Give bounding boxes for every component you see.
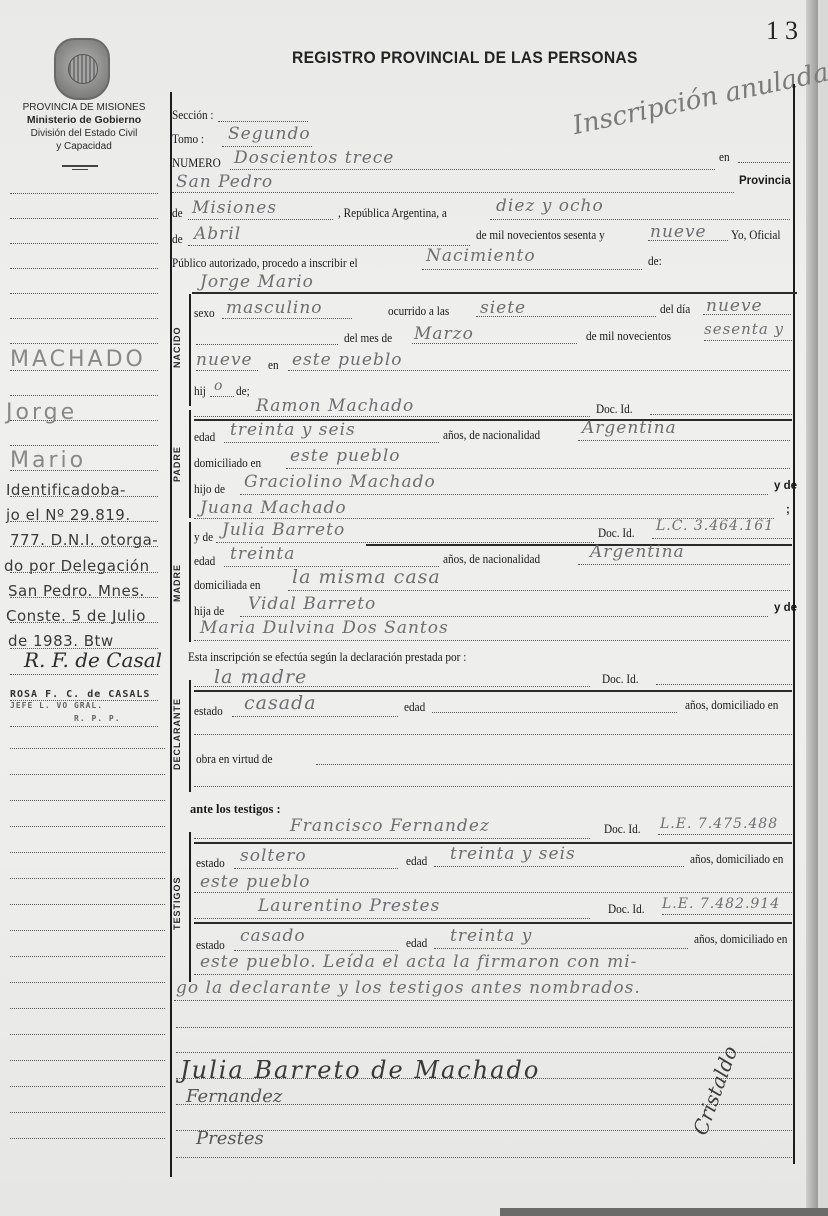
field-testigo2-estado[interactable]: casado: [240, 926, 306, 946]
field-line: [738, 162, 790, 163]
field-abuela-materna[interactable]: Maria Dulvina Dos Santos: [200, 618, 449, 638]
field-dia-inscripcion[interactable]: diez y ocho: [496, 196, 604, 216]
field-line: [196, 370, 258, 371]
signature-line: [176, 1027, 792, 1028]
signature-line: [176, 1052, 792, 1053]
margin-line: [10, 878, 165, 879]
side-label-nacido: NACIDO: [172, 327, 182, 369]
margin-stamp-office: R. P. P.: [74, 714, 121, 723]
label-anos-domiciliado: años, domiciliado en: [690, 852, 783, 867]
label-seccion: Sección :: [172, 108, 214, 123]
margin-line: [10, 293, 158, 294]
label-del-dia: del día: [660, 302, 690, 317]
margin-line: [10, 852, 165, 853]
page-edge-shadow: [806, 0, 818, 1216]
margin-line: [10, 318, 158, 319]
field-anio-1[interactable]: sesenta y: [704, 320, 784, 338]
margin-line: [10, 1060, 165, 1061]
field-tipo-acto[interactable]: Nacimiento: [426, 246, 536, 266]
field-line: [662, 914, 792, 915]
margin-line: [10, 445, 158, 446]
label-doc-id: Doc. Id.: [596, 402, 633, 417]
field-line: [288, 590, 790, 591]
signature-testigo-2: Prestes: [196, 1128, 264, 1149]
declarante-bracket: [189, 680, 191, 792]
nacido-bracket: [189, 294, 191, 406]
label-en: en: [719, 150, 730, 165]
label-de-colon: de:: [648, 254, 662, 269]
label-y-de: y de: [774, 602, 797, 614]
label-ocurrido: ocurrido a las: [388, 304, 449, 319]
field-line: [218, 121, 308, 122]
margin-stamp-title: JEFE L. VO GRAL.: [10, 701, 103, 710]
document-title: REGISTRO PROVINCIAL DE LAS PERSONAS: [292, 48, 638, 68]
label-ante-testigos: ante los testigos :: [190, 802, 281, 817]
main-left-border: [170, 92, 172, 1177]
field-line: [216, 542, 594, 543]
side-label-padre: PADRE: [172, 446, 182, 482]
coat-of-arms-seal-icon: [54, 38, 110, 100]
signature-testigo: Fernandez: [186, 1086, 282, 1107]
label-numero: NUMERO: [172, 156, 221, 171]
field-testigo1-nombre[interactable]: Francisco Fernandez: [290, 816, 490, 836]
document-page: 13 REGISTRO PROVINCIAL DE LAS PERSONAS P…: [0, 0, 818, 1216]
margin-line: [10, 1138, 165, 1139]
field-line: [222, 318, 352, 319]
field-localidad[interactable]: San Pedro: [176, 172, 273, 192]
label-yo-oficial: Yo, Oficial: [731, 228, 780, 243]
field-padre-domicilio[interactable]: este pueblo: [290, 446, 401, 466]
label-sexo: sexo: [194, 306, 215, 321]
field-line: [194, 416, 590, 417]
divider: [62, 165, 98, 167]
field-tomo[interactable]: Segundo: [228, 124, 311, 144]
label-doc-id: Doc. Id.: [602, 672, 639, 687]
label-obra-virtud: obra en virtud de: [196, 752, 273, 767]
margin-line: [10, 1008, 165, 1009]
field-line: [650, 414, 792, 415]
signature-line: [176, 1157, 792, 1158]
margin-line: [10, 193, 158, 194]
field-line: [658, 834, 792, 835]
main-right-border: [793, 84, 795, 1164]
label-edad: edad: [404, 700, 425, 715]
margin-note-line: Identificadoba-: [6, 481, 126, 499]
field-declarante-estado[interactable]: casada: [244, 692, 317, 714]
field-padre-nacionalidad[interactable]: Argentina: [582, 418, 677, 438]
field-sexo[interactable]: masculino: [226, 298, 323, 318]
margin-line: [10, 218, 158, 219]
field-line: [194, 838, 590, 839]
field-testigo2-nombre[interactable]: Laurentino Prestes: [258, 896, 440, 916]
margin-stamp-name: ROSA F. C. de CASALS: [10, 689, 150, 700]
padre-bracket: [189, 410, 191, 518]
label-anos-nacionalidad: años, de nacionalidad: [443, 552, 540, 567]
page-number: 13: [766, 16, 804, 46]
org-division-2: y Capacidad: [4, 140, 164, 153]
margin-line: [10, 956, 165, 957]
margin-second-name: Mario: [10, 448, 86, 473]
field-abuelo-materno[interactable]: Vidal Barreto: [248, 594, 376, 614]
field-madre-nombre[interactable]: Julia Barreto: [222, 520, 345, 540]
label-y-de: y de: [774, 480, 797, 492]
side-label-madre: MADRE: [172, 564, 182, 602]
field-hij-suffix[interactable]: o: [214, 378, 223, 394]
field-line: [224, 442, 439, 443]
label-hij: hij: [194, 384, 206, 399]
section-rule: [194, 922, 792, 924]
field-madre-doc[interactable]: L.C. 3.464.161: [656, 518, 774, 534]
field-line: [490, 219, 790, 220]
field-mes-nacimiento[interactable]: Marzo: [414, 324, 474, 344]
field-line: [194, 974, 792, 975]
field-anio-inscripcion[interactable]: nueve: [650, 222, 707, 242]
field-madre-edad[interactable]: treinta: [230, 544, 295, 564]
org-ministry: Ministerio de Gobierno: [4, 114, 164, 127]
label-de-mil-novecientos: de mil novecientos: [586, 329, 671, 344]
field-line: [194, 786, 792, 787]
label-publico: Público autorizado, procedo a inscribir …: [172, 256, 358, 271]
margin-line: [10, 800, 165, 801]
field-line: [656, 684, 792, 685]
margin-line: [10, 1034, 165, 1035]
signature-declarante: Julia Barreto de Machado: [180, 1056, 540, 1084]
field-line: [288, 370, 790, 371]
label-edad: edad: [194, 554, 215, 569]
margin-line: [10, 243, 158, 244]
issuing-organization: PROVINCIA DE MISIONES Ministerio de Gobi…: [4, 101, 164, 153]
label-edad: edad: [406, 936, 427, 951]
label-estado: estado: [196, 938, 225, 953]
field-line: [434, 866, 684, 867]
field-line: [232, 716, 398, 717]
label-domiciliada: domiciliada en: [194, 578, 261, 593]
field-provincia[interactable]: Misiones: [192, 198, 277, 218]
margin-line: [10, 395, 158, 396]
field-padre-edad[interactable]: treinta y seis: [230, 420, 356, 440]
field-line: [234, 950, 398, 951]
margin-signature: R. F. de Casal: [24, 648, 162, 672]
label-de-semicolon: de;: [236, 384, 250, 399]
label-de-mil-sesenta: de mil novecientos sesenta y: [476, 228, 605, 243]
label-de: de: [172, 206, 183, 221]
field-line: [432, 712, 677, 713]
margin-line: [10, 748, 165, 749]
field-line: [188, 219, 333, 220]
field-testigo2-domicilio-cont[interactable]: go la declarante y los testigos antes no…: [176, 978, 641, 998]
field-line: [196, 344, 338, 345]
field-line: [704, 340, 792, 341]
field-line: [316, 764, 792, 765]
margin-line: [10, 904, 165, 905]
label-estado: estado: [194, 704, 223, 719]
margin-line: [10, 826, 165, 827]
margin-first-name: Jorge: [6, 400, 77, 425]
field-line: [194, 640, 790, 641]
org-division: División del Estado Civil: [4, 127, 164, 140]
margin-line: [10, 1086, 165, 1087]
field-line: [286, 468, 790, 469]
field-line: [230, 169, 715, 170]
margin-line: [10, 774, 165, 775]
label-declaracion: Esta inscripción se efectúa según la dec…: [188, 650, 466, 665]
field-line: [240, 616, 768, 617]
margin-note-line: 777. D.N.I. otorga-: [10, 531, 158, 549]
field-line: [194, 734, 792, 735]
label-en: en: [268, 358, 279, 373]
side-label-declarante: DECLARANTE: [172, 698, 182, 770]
field-line: [194, 686, 590, 687]
margin-line: [10, 268, 158, 269]
label-y-de: y de: [194, 530, 213, 545]
org-province: PROVINCIA DE MISIONES: [4, 101, 164, 114]
label-anos-domiciliado: años, domiciliado en: [685, 698, 778, 713]
margin-note-line: San Pedro. Mnes.: [8, 582, 145, 600]
margin-note-line: jo el Nº 29.819.: [6, 506, 131, 524]
field-line: [194, 918, 590, 919]
label-republica: , República Argentina, a: [338, 206, 447, 221]
field-testigo2-edad[interactable]: treinta y: [450, 926, 532, 946]
field-line: [422, 269, 642, 270]
label-tomo: Tomo :: [172, 132, 204, 147]
field-line: [194, 892, 792, 893]
field-abuelo-paterno[interactable]: Graciolino Machado: [244, 472, 436, 492]
field-line: [652, 538, 792, 539]
field-line: [172, 192, 734, 193]
field-line: [578, 564, 790, 565]
label-semicolon: ;: [786, 504, 790, 516]
field-testigo1-estado[interactable]: soltero: [240, 846, 307, 866]
field-line: [234, 868, 398, 869]
section-rule: [192, 292, 797, 294]
label-anos-domiciliado: años, domiciliado en: [694, 932, 787, 947]
field-numero[interactable]: Doscientos trece: [234, 148, 394, 168]
field-line: [434, 948, 688, 949]
field-abuela-paterna[interactable]: Juana Machado: [200, 498, 347, 518]
field-mes-inscripcion[interactable]: Abril: [194, 224, 241, 244]
margin-surname: MACHADO: [10, 347, 146, 372]
field-line: [222, 146, 312, 147]
field-testigo1-edad[interactable]: treinta y seis: [450, 844, 576, 864]
label-edad: edad: [194, 430, 215, 445]
label-doc-id: Doc. Id.: [598, 526, 635, 541]
side-label-testigos: TESTIGOS: [172, 876, 182, 930]
margin-line: [10, 343, 158, 344]
margin-note-line: Conste. 5 de Julio: [6, 607, 146, 625]
label-hijo-de: hijo de: [194, 482, 225, 497]
divider: [72, 169, 88, 170]
label-doc-id: Doc. Id.: [608, 902, 645, 917]
label-estado: estado: [196, 856, 225, 871]
field-padre-nombre[interactable]: Ramon Machado: [256, 396, 414, 416]
field-madre-nacionalidad[interactable]: Argentina: [590, 542, 685, 562]
margin-line: [10, 930, 165, 931]
field-line: [240, 494, 768, 495]
label-provincia: Provincia: [739, 175, 791, 187]
label-domiciliado: domiciliado en: [194, 456, 261, 471]
margin-line: [10, 726, 158, 727]
field-hora[interactable]: siete: [480, 298, 526, 318]
field-anio-2[interactable]: nueve: [196, 350, 253, 370]
field-line: [210, 396, 234, 397]
margin-line: [10, 1112, 165, 1113]
label-edad: edad: [406, 854, 427, 869]
field-declarante-nombre[interactable]: la madre: [214, 666, 307, 688]
field-testigo2-domicilio[interactable]: este pueblo. Leída el acta la firmaron c…: [200, 952, 637, 972]
margin-line: [10, 674, 158, 675]
label-del-mes: del mes de: [344, 331, 392, 346]
label-anos-nacionalidad: años, de nacionalidad: [443, 428, 540, 443]
page-bottom-shadow: [500, 1208, 828, 1216]
madre-bracket: [189, 522, 191, 642]
field-testigo1-doc[interactable]: L.E. 7.475.488: [660, 816, 778, 832]
field-madre-domicilio[interactable]: la misma casa: [292, 566, 441, 588]
label-hija-de: hija de: [194, 604, 224, 619]
field-dia-nacimiento[interactable]: nueve: [706, 296, 763, 316]
label-doc-id: Doc. Id.: [604, 822, 641, 837]
margin-note-line: do por Delegación: [4, 557, 150, 575]
label-de: de: [172, 232, 183, 247]
margin-line: [10, 982, 165, 983]
section-rule: [366, 544, 792, 546]
testigos-bracket: [189, 832, 191, 982]
field-nacido-nombre[interactable]: Jorge Mario: [200, 272, 314, 292]
signature-oficial: Cristaldo: [688, 1043, 742, 1138]
field-testigo2-doc[interactable]: L.E. 7.482.914: [662, 896, 780, 912]
field-line: [174, 1000, 792, 1001]
field-lugar-nacimiento[interactable]: este pueblo: [292, 350, 403, 370]
field-testigo1-domicilio[interactable]: este pueblo: [200, 872, 311, 892]
field-line: [578, 440, 790, 441]
